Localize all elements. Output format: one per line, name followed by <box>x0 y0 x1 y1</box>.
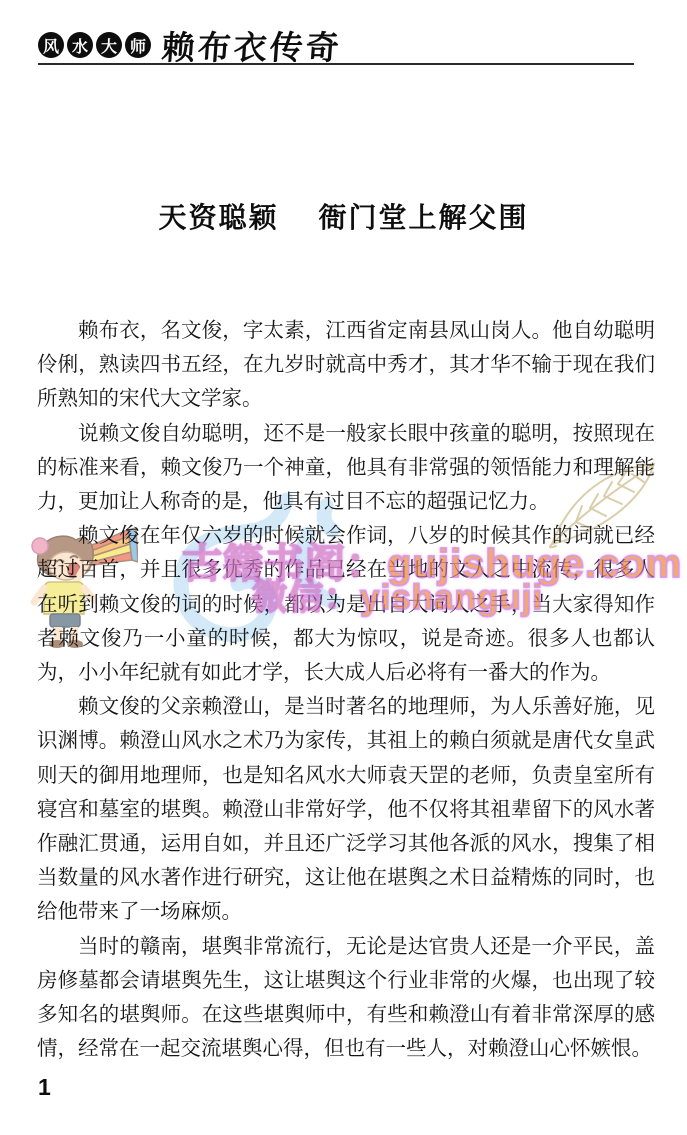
paragraph: 赖文俊的父亲赖澄山，是当时著名的地理师，为人乐善好施，见识渊博。赖澄山风水之术乃… <box>37 690 655 929</box>
paragraph: 说赖文俊自幼聪明，还不是一般家长眼中孩童的聪明，按照现在的标准来看，赖文俊乃一个… <box>37 417 655 520</box>
brand-script-title: 赖布衣传奇 <box>160 22 343 69</box>
body-text: 赖布衣，名文俊，字太素，江西省定南县凤山岗人。他自幼聪明伶俐，熟读四书五经，在九… <box>37 314 655 1066</box>
chapter-title: 天资聪颖 衙门堂上解父围 <box>0 196 687 236</box>
brand-badge-char: 师 <box>125 32 151 58</box>
page-number: 1 <box>38 1074 51 1101</box>
brand-badge-char: 风 <box>38 32 64 58</box>
page-header: 风 水 大 师 赖布衣传奇 <box>38 26 342 64</box>
brand-badge-char: 水 <box>67 32 93 58</box>
paragraph: 当时的赣南，堪舆非常流行，无论是达官贵人还是一介平民，盖房修墓都会请堪舆先生，这… <box>37 930 655 1067</box>
book-page: 风 水 大 师 赖布衣传奇 天资聪颖 衙门堂上解父围 <box>0 0 687 1135</box>
brand-badge-char: 大 <box>96 32 122 58</box>
paragraph: 赖布衣，名文俊，字太素，江西省定南县凤山岗人。他自幼聪明伶俐，熟读四书五经，在九… <box>37 314 655 417</box>
paragraph: 赖文俊在年仅六岁的时候就会作词，八岁的时候其作的词就已经超过百首，并且很多优秀的… <box>37 519 655 690</box>
chapter-title-part1: 天资聪颖 <box>158 196 278 236</box>
header-divider <box>38 63 634 65</box>
chapter-title-part2: 衙门堂上解父围 <box>319 196 529 236</box>
